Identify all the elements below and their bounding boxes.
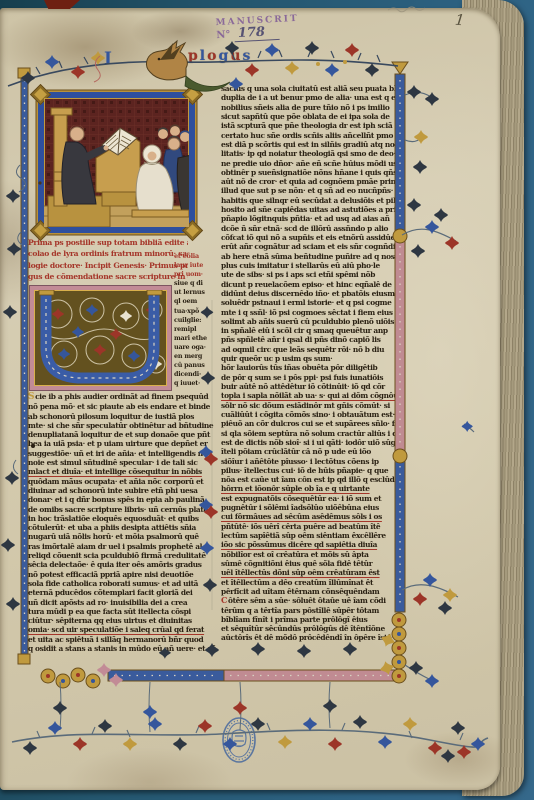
- folio-number: 1: [454, 11, 465, 30]
- miniature-scene: [44, 98, 189, 227]
- text-column-left: Scie ib a phis audier ordinãt ad finem p…: [28, 392, 216, 653]
- running-title-numeral: I: [104, 49, 112, 69]
- manuscript-photo: MANUSCRIT N° 178 1 I plogus: [0, 0, 534, 800]
- running-title: plogus: [188, 48, 252, 64]
- oval-library-stamp: [220, 716, 258, 764]
- rubric-incipit: Prima ps postille sup totam bibliã edite…: [28, 237, 188, 283]
- text-strip-beside-initial: et eõlialaur iutepri uom·siue q diut ler…: [174, 252, 214, 388]
- stamp-number: 178: [234, 24, 280, 42]
- miniature: [38, 92, 195, 233]
- library-stamp: MANUSCRIT N° 178: [215, 14, 299, 42]
- text-column-right: sacius q una sola ciuitatû est aliã seu …: [221, 84, 400, 643]
- decorated-initial: [30, 286, 171, 390]
